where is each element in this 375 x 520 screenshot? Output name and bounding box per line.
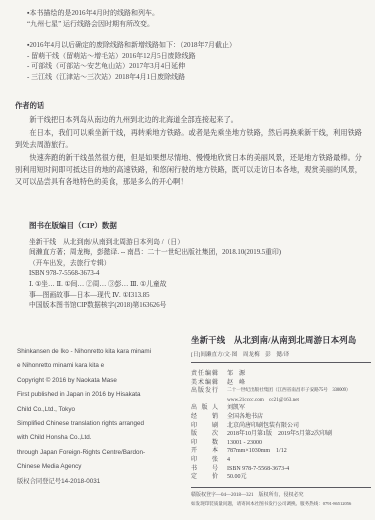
colophon-row: 出版发行二十一世纪出版社集团（江西省南昌市子安路75号 330009） [191,387,371,396]
cip-line: 事—图画故事—日本—现代 Ⅳ. ①I313.85 [29,291,361,302]
colophon-row: 责任编辑邹 源 [191,370,371,379]
cip-data-block: 图书在版编目（CIP）数据 坐新干线 从北到南/从南到北周游日本列岛 /（日） … [29,221,361,312]
note-line: ▪本书描绘的是2016年4月时的线路和列车。 [27,8,359,19]
cip-line: 坐新干线 从北到南/从南到北周游日本列岛 /（日） [29,238,361,249]
original-copyright-block: Shinkansen de Iko - Nihonretto kita kara… [17,345,185,489]
row-value: 北京尚唐印刷包装有限公司 [227,422,371,431]
row-value: 50.00元 [227,473,371,482]
cip-line: 间濑直方著；周龙梅，彭懿译. -- 南昌：二十一世纪出版社集团，2018.10(… [29,248,361,259]
note-paragraph-routes: ▪本书描绘的是2016年4月时的线路和列车。 “九州七星” 运行线路会因时期有所… [27,8,359,29]
copyright-page: ▪本书描绘的是2016年4月时的线路和列车。 “九州七星” 运行线路会因时期有所… [0,0,375,520]
cip-heading: 图书在版编目（CIP）数据 [29,221,361,232]
row-label: 印张 [191,456,218,465]
cip-line: （开车出发，去旅行专辑） [29,259,361,270]
row-value: www.21cccc.com cc21@163.net [227,396,371,405]
row-label: 开本 [191,447,218,456]
book-title: 坐新干线 从北到南/从南到北周游日本列岛 [191,334,371,346]
row-label: 印数 [191,439,218,448]
row-value: 13001 - 23000 [227,439,371,448]
footer-service-line: 如发现印装质量问题，请寄回本社图书发行公司调换。服务热线：0791-865120… [191,500,371,509]
cip-line: Ⅰ. ①坐… Ⅱ. ①间… ②周… ③彭… Ⅲ. ①儿童故 [29,280,361,291]
author-note-paragraph: 在日本，我们可以乘坐新干线，再转乘地方铁路。或者是先乘坐地方铁路，然后再换乘新干… [15,127,362,152]
copyright-registration-line: 版权合同登记号14-2018-0031 [17,475,185,489]
colophon-row: 定价50.00元 [191,473,371,482]
colophon-row: 印数13001 - 23000 [191,439,371,448]
row-value: 全国各地书店 [227,413,371,422]
row-value: 刘凯军 [227,404,371,413]
row-value: ISBN 978-7-5568-3673-4 [227,465,371,474]
row-label [191,396,218,405]
colophon-row: 印刷北京尚唐印刷包装有限公司 [191,422,371,431]
row-value: 赵 峰 [227,379,371,388]
row-label: 经销 [191,413,218,422]
copyright-line: with Child Honsha Co.,Ltd. [17,431,185,445]
colophon-row: 书号ISBN 978-7-5568-3673-4 [191,465,371,474]
copyright-line: Simplified Chinese translation rights ar… [17,417,185,431]
row-label: 定价 [191,473,218,482]
copyright-line: Copyright © 2016 by Naokata Mase [17,374,185,388]
edition-notes: ▪本书描绘的是2016年4月时的线路和列车。 “九州七星” 运行线路会因时期有所… [27,8,359,94]
colophon-block: 坐新干线 从北到南/从南到北周游日本列岛 [日]间濑直方/文·图 周龙梅 彭 懿… [191,334,371,509]
note-paragraph-changes: ▪2016年4月以后确定的废除线路和新增线路如下：（2018年7月截止） - 留… [27,40,359,82]
row-label: 责任编辑 [191,370,218,379]
note-line: - 可部线（可部站～安艺龟山站）2017年3月4日延伸 [27,61,359,72]
note-line: ▪2016年4月以后确定的废除线路和新增线路如下：（2018年7月截止） [27,40,359,51]
row-value: 4 [227,456,371,465]
row-value: 787mm×1030mm 1/12 [227,447,371,456]
note-line: - 留萌干线（留萌站～增毛站）2016年12月5日废除线路 [27,51,359,62]
row-value: 二十一世纪出版社集团（江西省南昌市子安路75号 330009） [227,387,371,396]
copyright-line: Chinese Media Agency [17,460,185,474]
row-label: 美术编辑 [191,379,218,388]
note-line: - 三江线（江津站～三次站）2018年4月1日废除线路 [27,72,359,83]
author-note: 作者的话 新干线把日本列岛从南边的九州到北边的北海道全部连接起来了。 在日本，我… [15,100,362,189]
row-label: 出版发行 [191,387,218,396]
colophon-row: 美术编辑赵 峰 [191,379,371,388]
colophon-row: 经销全国各地书店 [191,413,371,422]
colophon-footer: 赣版权登字—04—2018—321 版权所有，侵权必究 如发现印装质量问题，请寄… [191,487,371,509]
row-label: 印刷 [191,422,218,431]
book-byline: [日]间濑直方/文·图 周龙梅 彭 懿/译 [191,350,371,358]
author-note-paragraph: 快速奔跑的新干线虽然很方便，但是如果想尽情地、慢慢地欣赏日本的美丽风景，还是地方… [15,152,362,189]
colophon-row: 开本787mm×1030mm 1/12 [191,447,371,456]
colophon-row: 版次2018年10月第1版 2019年5月第2次印刷 [191,430,371,439]
copyright-line: Child Co.,Ltd., Tokyo [17,403,185,417]
footer-registry-line: 赣版权登字—04—2018—321 版权所有，侵权必究 [191,492,371,501]
row-value: 2018年10月第1版 2019年5月第2次印刷 [227,430,371,439]
row-value: 邹 源 [227,370,371,379]
copyright-line: e Nihonretto minami kara kita e [17,359,185,373]
cip-line: 中国版本图书馆CIP数据核字(2018)第163626号 [29,301,361,312]
row-label: 书号 [191,465,218,474]
colophon-row: www.21cccc.com cc21@163.net [191,396,371,405]
row-label: 版次 [191,430,218,439]
colophon-row: 出版人刘凯军 [191,404,371,413]
copyright-line: Shinkansen de Iko - Nihonretto kita kara… [17,345,185,359]
divider [191,362,371,363]
cip-line: ISBN 978-7-5568-3673-4 [29,269,361,280]
colophon-rows: 责任编辑邹 源 美术编辑赵 峰 出版发行二十一世纪出版社集团（江西省南昌市子安路… [191,370,371,482]
copyright-line: First published in Japan in 2016 by Hisa… [17,388,185,402]
row-label: 出版人 [191,404,218,413]
author-note-heading: 作者的话 [15,100,362,112]
author-note-paragraph: 新干线把日本列岛从南边的九州到北边的北海道全部连接起来了。 [15,114,362,126]
copyright-line: through Japan Foreign-Rights Centre/Bard… [17,446,185,460]
colophon-row: 印张4 [191,456,371,465]
note-line: “九州七星” 运行线路会因时期有所改变。 [27,19,359,30]
